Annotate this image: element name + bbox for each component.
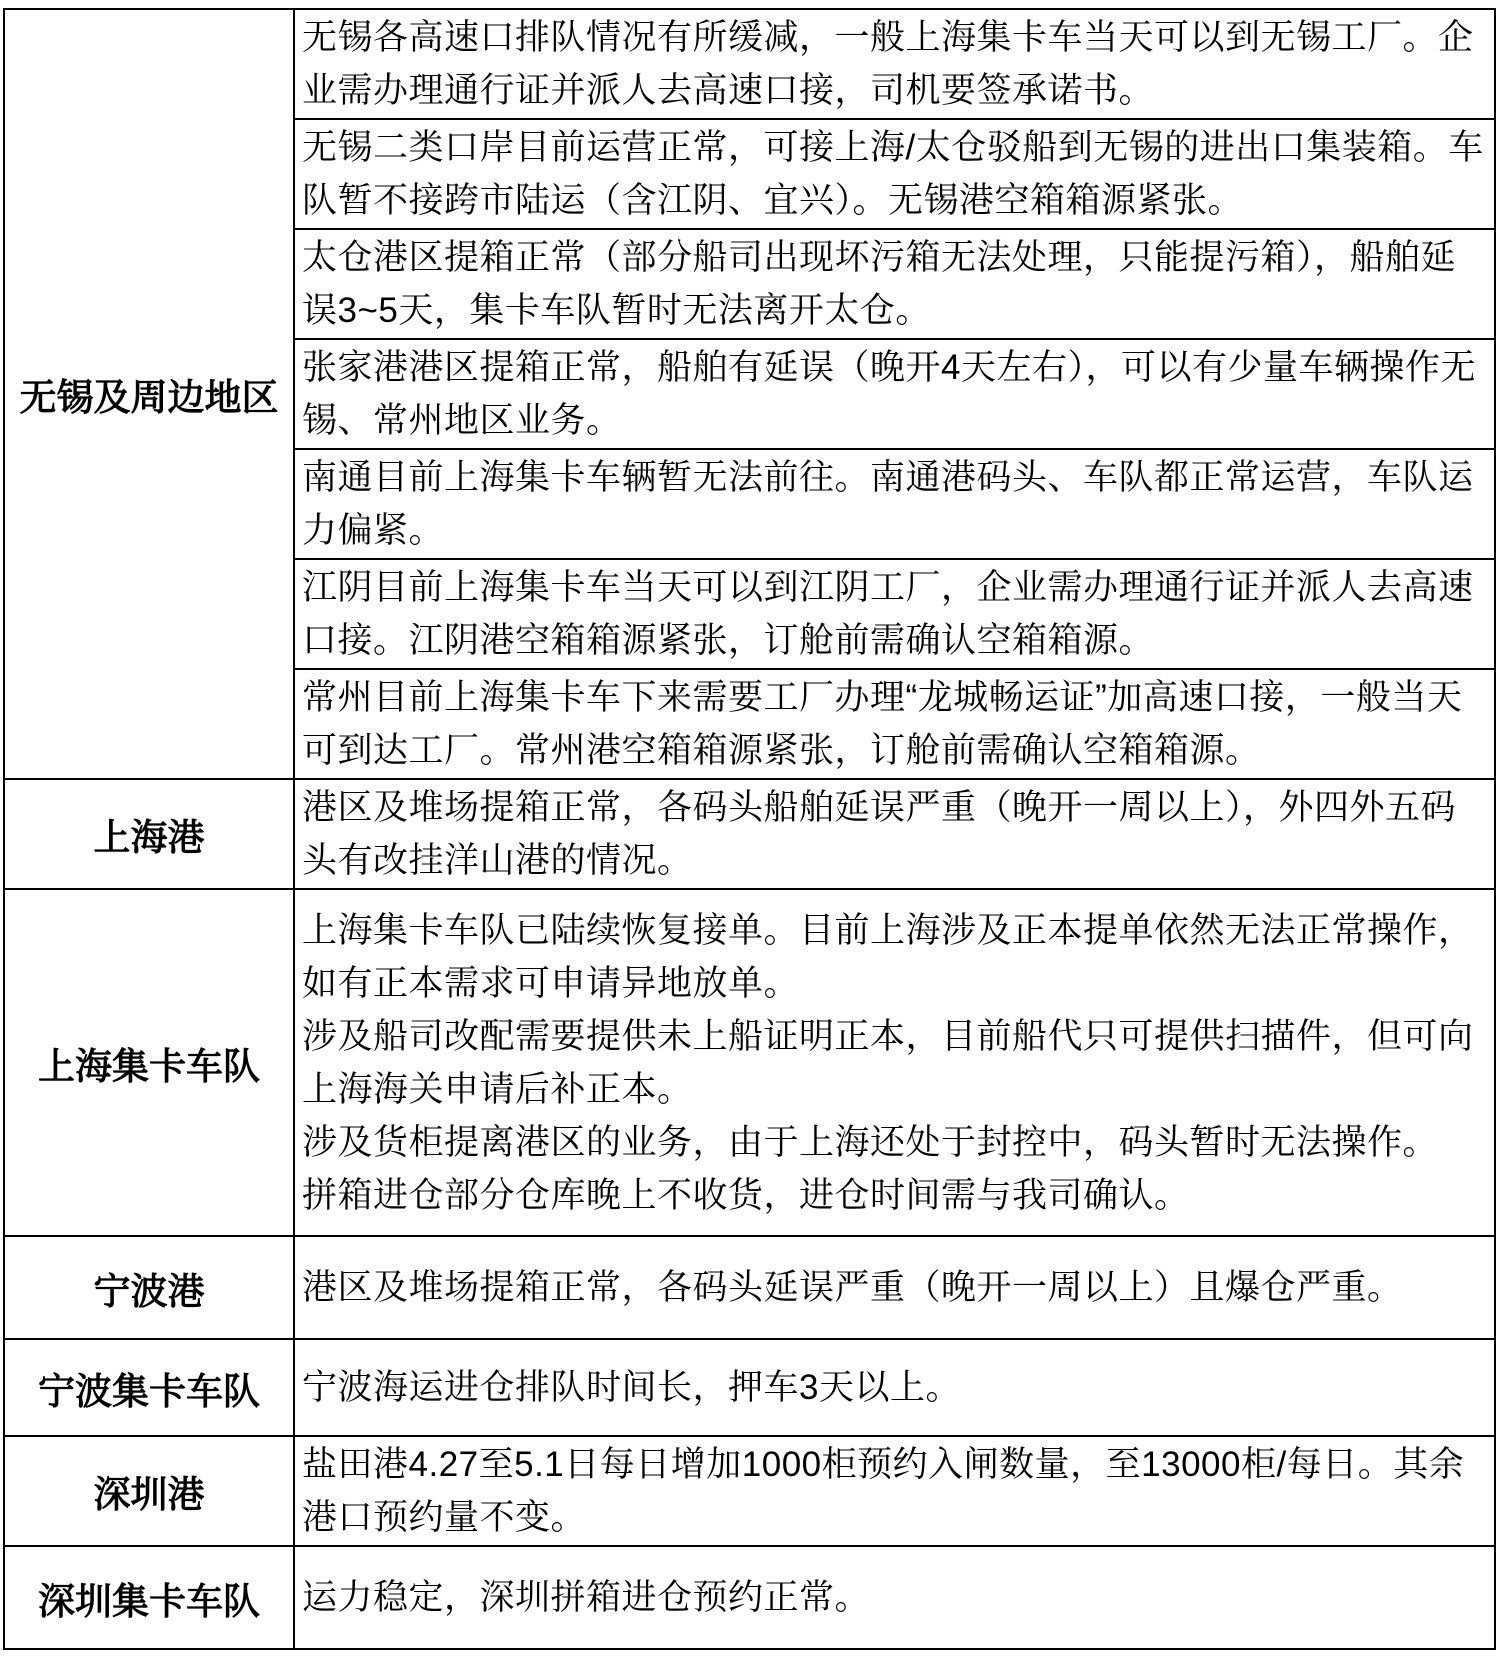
status-cell-changzhou: 常州目前上海集卡车下来需要工厂办理“龙城畅运证”加高速口接，一般当天可到达工厂。…: [294, 669, 1495, 779]
status-cell-jiangyin: 江阴目前上海集卡车当天可以到江阴工厂，企业需办理通行证并派人去高速口接。江阴港空…: [294, 559, 1495, 669]
region-cell-shanghai-trucking: 上海集卡车队: [4, 889, 294, 1236]
region-cell-ningbo-port: 宁波港: [4, 1236, 294, 1339]
status-cell-zhangjiagang: 张家港港区提箱正常，船舶有延误（晚开4天左右），可以有少量车辆操作无锡、常州地区…: [294, 339, 1495, 449]
region-cell-ningbo-trucking: 宁波集卡车队: [4, 1339, 294, 1436]
status-paragraph: 拼箱进仓部分仓库晚上不收货，进仓时间需与我司确认。: [302, 1169, 1484, 1222]
status-cell-shenzhen-trucking: 运力稳定，深圳拼箱进仓预约正常。: [294, 1546, 1495, 1649]
status-cell-taicang: 太仓港区提箱正常（部分船司出现坏污箱无法处理，只能提污箱），船舶延误3~5天，集…: [294, 229, 1495, 339]
status-cell-ningbo-trucking: 宁波海运进仓排队时间长，押车3天以上。: [294, 1339, 1495, 1436]
status-cell-wuxi-port: 无锡二类口岸目前运营正常，可接上海/太仓驳船到无锡的进出口集装箱。车队暂不接跨市…: [294, 119, 1495, 229]
region-cell-wuxi: 无锡及周边地区: [4, 9, 294, 779]
region-cell-shenzhen-trucking: 深圳集卡车队: [4, 1546, 294, 1649]
status-paragraph: 上海集卡车队已陆续恢复接单。目前上海涉及正本提单依然无法正常操作，如有正本需求可…: [302, 904, 1484, 1010]
status-cell-shanghai-port: 港区及堆场提箱正常，各码头船舶延误严重（晚开一周以上），外四外五码头有改挂洋山港…: [294, 779, 1495, 889]
status-cell-shenzhen-port: 盐田港4.27至5.1日每日增加1000柜预约入闸数量，至13000柜/每日。其…: [294, 1436, 1495, 1546]
status-paragraph: 涉及船司改配需要提供未上船证明正本，目前船代只可提供扫描件，但可向上海海关申请后…: [302, 1010, 1484, 1116]
status-cell-nantong: 南通目前上海集卡车辆暂无法前往。南通港码头、车队都正常运营，车队运力偏紧。: [294, 449, 1495, 559]
status-cell-wuxi-highway: 无锡各高速口排队情况有所缓减，一般上海集卡车当天可以到无锡工厂。企业需办理通行证…: [294, 9, 1495, 119]
region-cell-shanghai-port: 上海港: [4, 779, 294, 889]
status-cell-shanghai-trucking: 上海集卡车队已陆续恢复接单。目前上海涉及正本提单依然无法正常操作，如有正本需求可…: [294, 889, 1495, 1236]
port-status-table: 无锡及周边地区 无锡各高速口排队情况有所缓减，一般上海集卡车当天可以到无锡工厂。…: [3, 8, 1496, 1650]
status-cell-ningbo-port: 港区及堆场提箱正常，各码头延误严重（晚开一周以上）且爆仓严重。: [294, 1236, 1495, 1339]
status-paragraph: 涉及货柜提离港区的业务，由于上海还处于封控中，码头暂时无法操作。: [302, 1116, 1484, 1169]
region-cell-shenzhen-port: 深圳港: [4, 1436, 294, 1546]
